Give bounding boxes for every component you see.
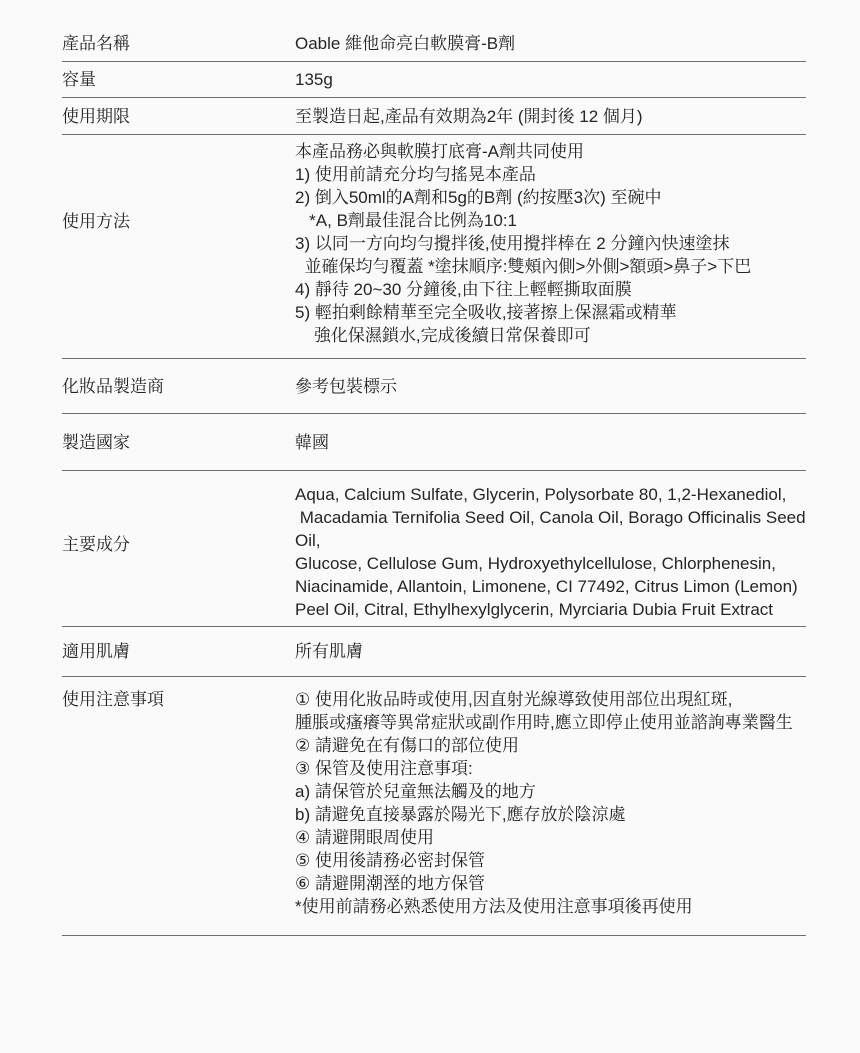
spec-row-manufacturer: 化妝品製造商 參考包裝標示: [62, 359, 806, 414]
spec-row-usage-precautions: 使用注意事項 ① 使用化妝品時或使用,因直射光線導致使用部位出現紅斑, 腫脹或瘙…: [62, 677, 806, 936]
spec-label-expiry: 使用期限: [62, 105, 295, 128]
spec-value-expiry: 至製造日起,產品有效期為2年 (開封後 12 個月): [295, 105, 806, 128]
spec-row-expiry: 使用期限 至製造日起,產品有效期為2年 (開封後 12 個月): [62, 98, 806, 135]
spec-label-usage-precautions: 使用注意事項: [62, 688, 295, 711]
spec-row-country-of-origin: 製造國家 韓國: [62, 414, 806, 471]
spec-row-usage-method: 使用方法 本產品務必與軟膜打底膏-A劑共同使用 1) 使用前請充分均勻搖晃本產品…: [62, 135, 806, 359]
spec-label-product-name: 產品名稱: [62, 32, 295, 55]
spec-value-manufacturer: 參考包裝標示: [295, 375, 806, 398]
spec-value-usage-method: 本產品務必與軟膜打底膏-A劑共同使用 1) 使用前請充分均勻搖晃本產品 2) 倒…: [295, 140, 806, 347]
spec-value-volume: 135g: [295, 68, 806, 91]
spec-label-country-of-origin: 製造國家: [62, 431, 295, 454]
spec-row-main-ingredients: 主要成分 Aqua, Calcium Sulfate, Glycerin, Po…: [62, 471, 806, 627]
spec-row-skin-type: 適用肌膚 所有肌膚: [62, 627, 806, 677]
spec-value-skin-type: 所有肌膚: [295, 640, 806, 663]
spec-value-country-of-origin: 韓國: [295, 431, 806, 454]
spec-row-volume: 容量 135g: [62, 62, 806, 98]
spec-value-usage-precautions: ① 使用化妝品時或使用,因直射光線導致使用部位出現紅斑, 腫脹或瘙癢等異常症狀或…: [295, 688, 806, 918]
product-spec-table: 產品名稱 Oable 維他命亮白軟膜膏-B劑 容量 135g 使用期限 至製造日…: [62, 20, 806, 936]
spec-label-skin-type: 適用肌膚: [62, 640, 295, 663]
spec-label-volume: 容量: [62, 68, 295, 91]
spec-label-usage-method: 使用方法: [62, 140, 295, 233]
spec-label-manufacturer: 化妝品製造商: [62, 375, 295, 398]
spec-value-main-ingredients: Aqua, Calcium Sulfate, Glycerin, Polysor…: [295, 483, 806, 621]
spec-row-product-name: 產品名稱 Oable 維他命亮白軟膜膏-B劑: [62, 20, 806, 62]
spec-value-product-name: Oable 維他命亮白軟膜膏-B劑: [295, 32, 806, 55]
spec-label-main-ingredients: 主要成分: [62, 483, 295, 556]
